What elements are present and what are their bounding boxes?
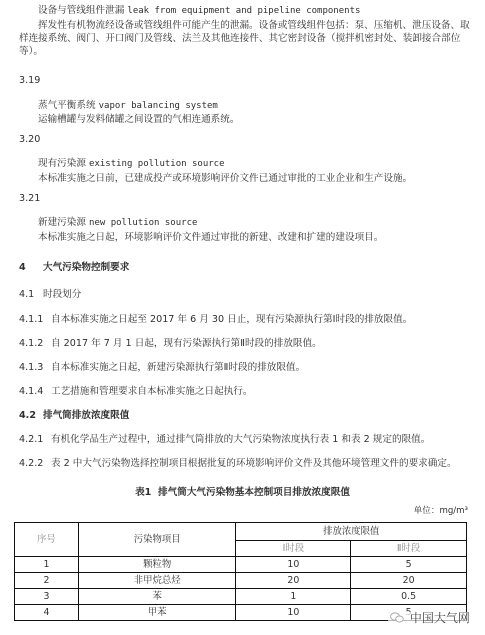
cell-period-1: 1: [236, 589, 351, 605]
clause-4-2-2: 4.2.2表 2 中大气污染物选择控制项目根据批复的环境影响评价文件及其他环境管…: [19, 457, 471, 470]
clause-number: 4.1.3: [19, 361, 51, 374]
table-1-caption: 表1 排气筒大气污染物基本控制项目排放浓度限值: [0, 486, 485, 499]
term-3-19-heading: 蒸气平衡系统 vapor balancing system: [38, 99, 218, 113]
cell-serial: 1: [15, 557, 79, 573]
section-title: 排气筒排放浓度限值: [43, 410, 129, 421]
table-row: 2 非甲烷总烃 20 20: [15, 573, 467, 589]
term-3-21-number: 3.21: [19, 192, 40, 205]
cell-period-2: 0.5: [351, 589, 467, 605]
term-3-18-heading: 设备与管线组件泄漏 leak from equipment and pipeli…: [38, 4, 360, 18]
cell-period-1: 10: [236, 605, 351, 621]
header-serial: 序号: [15, 523, 79, 557]
table-1: 序号 污染物项目 排放浓度限值 Ⅰ时段 Ⅱ时段 1 颗粒物 10 5 2 非甲烷…: [14, 522, 467, 621]
clause-4-1-1: 4.1.1自本标准实施之日起至 2017 年 6 月 30 日止，现有污染源执行…: [19, 313, 412, 326]
cell-pollutant: 颗粒物: [78, 557, 236, 573]
section-number: 4.1: [19, 288, 43, 301]
cell-period-2: 5: [351, 557, 467, 573]
cell-period-1: 10: [236, 557, 351, 573]
clause-4-1-4: 4.1.4工艺措施和管理要求自本标准实施之日起执行。: [19, 385, 252, 398]
cell-pollutant: 苯: [78, 589, 236, 605]
clause-4-1-2: 4.1.2自 2017 年 7 月 1 日起，现有污染源执行第Ⅱ时段的排放限值。: [19, 337, 322, 350]
term-title-cn: 现有污染源: [38, 158, 86, 169]
clause-4-2-1: 4.2.1有机化学品生产过程中，通过排气筒排放的大气污染物浓度执行表 1 和表 …: [19, 433, 430, 446]
term-3-20-number: 3.20: [19, 133, 40, 146]
table-row: 1 颗粒物 10 5: [15, 557, 467, 573]
clause-text: 表 2 中大气污染物选择控制项目根据批复的环境影响评价文件及其他环境管理文件的要…: [51, 458, 457, 469]
term-title-en: leak from equipment and pipeline compone…: [127, 6, 360, 16]
caption-text: 排气筒大气污染物基本控制项目排放浓度限值: [158, 487, 350, 498]
clause-text: 有机化学品生产过程中，通过排气筒排放的大气污染物浓度执行表 1 和表 2 规定的…: [51, 434, 430, 445]
term-3-19-definition: 运输槽罐与发料储罐之间设置的气相连通系统。: [38, 113, 239, 126]
header-limit-group: 排放浓度限值: [236, 523, 467, 541]
watermark-text: 中国大气网: [410, 611, 470, 625]
term-title-cn: 蒸气平衡系统: [38, 100, 96, 111]
clause-4-1-3: 4.1.3自本标准实施之日起，新建污染源执行第Ⅱ时段的排放限值。: [19, 361, 305, 374]
term-title-en: vapor balancing system: [99, 101, 218, 111]
wechat-icon: [390, 611, 408, 625]
header-period-1: Ⅰ时段: [236, 541, 351, 557]
cell-serial: 4: [15, 605, 79, 621]
clause-text: 自 2017 年 7 月 1 日起，现有污染源执行第Ⅱ时段的排放限值。: [51, 338, 322, 349]
clause-number: 4.2.1: [19, 433, 51, 446]
clause-number: 4.2.2: [19, 457, 51, 470]
watermark: 中国大气网: [388, 612, 472, 625]
term-3-21-definition: 本标准实施之日起，环境影响评价文件通过审批的新建、改建和扩建的建设项目。: [38, 231, 383, 244]
clause-text: 自本标准实施之日起，新建污染源执行第Ⅱ时段的排放限值。: [51, 362, 305, 373]
term-title-en: existing pollution source: [89, 159, 224, 169]
section-number: 4.2: [19, 409, 43, 422]
term-title-cn: 设备与管线组件泄漏: [38, 5, 124, 16]
clause-number: 4.1.2: [19, 337, 51, 350]
clause-number: 4.1.4: [19, 385, 51, 398]
cell-pollutant: 甲苯: [78, 605, 236, 621]
cell-pollutant: 非甲烷总烃: [78, 573, 236, 589]
table-row: 3 苯 1 0.5: [15, 589, 467, 605]
cell-period-2: 20: [351, 573, 467, 589]
term-3-20-definition: 本标准实施之日前，已建成投产或环境影响评价文件已通过审批的工业企业和生产设施。: [38, 172, 412, 185]
section-4-2-heading: 4.2排气筒排放浓度限值: [19, 409, 129, 422]
header-period-2: Ⅱ时段: [351, 541, 467, 557]
term-3-20-heading: 现有污染源 existing pollution source: [38, 157, 225, 171]
section-number: 4: [19, 261, 43, 274]
term-3-21-heading: 新建污染源 new pollution source: [38, 216, 197, 230]
clause-number: 4.1.1: [19, 313, 51, 326]
cell-serial: 3: [15, 589, 79, 605]
header-pollutant: 污染物项目: [78, 523, 236, 557]
term-title-en: new pollution source: [89, 218, 197, 228]
term-3-19-number: 3.19: [19, 74, 40, 87]
clause-text: 工艺措施和管理要求自本标准实施之日起执行。: [51, 386, 252, 397]
section-title: 大气污染物控制要求: [43, 262, 129, 273]
cell-serial: 2: [15, 573, 79, 589]
term-3-18-definition: 挥发性有机物流经设备或管线组件可能产生的泄漏。设备或管线组件包括：泵、压缩机、泄…: [19, 19, 471, 58]
table-1-unit: 单位：mg/m³: [414, 505, 468, 518]
section-title: 时段划分: [43, 289, 81, 300]
term-title-cn: 新建污染源: [38, 217, 86, 228]
section-4-1-heading: 4.1时段划分: [19, 288, 81, 301]
table-header-row: 序号 污染物项目 排放浓度限值: [15, 523, 467, 541]
clause-text: 自本标准实施之日起至 2017 年 6 月 30 日止，现有污染源执行第Ⅰ时段的…: [51, 314, 412, 325]
caption-number: 表1: [135, 487, 151, 498]
cell-period-1: 20: [236, 573, 351, 589]
section-4-heading: 4大气污染物控制要求: [19, 261, 129, 274]
